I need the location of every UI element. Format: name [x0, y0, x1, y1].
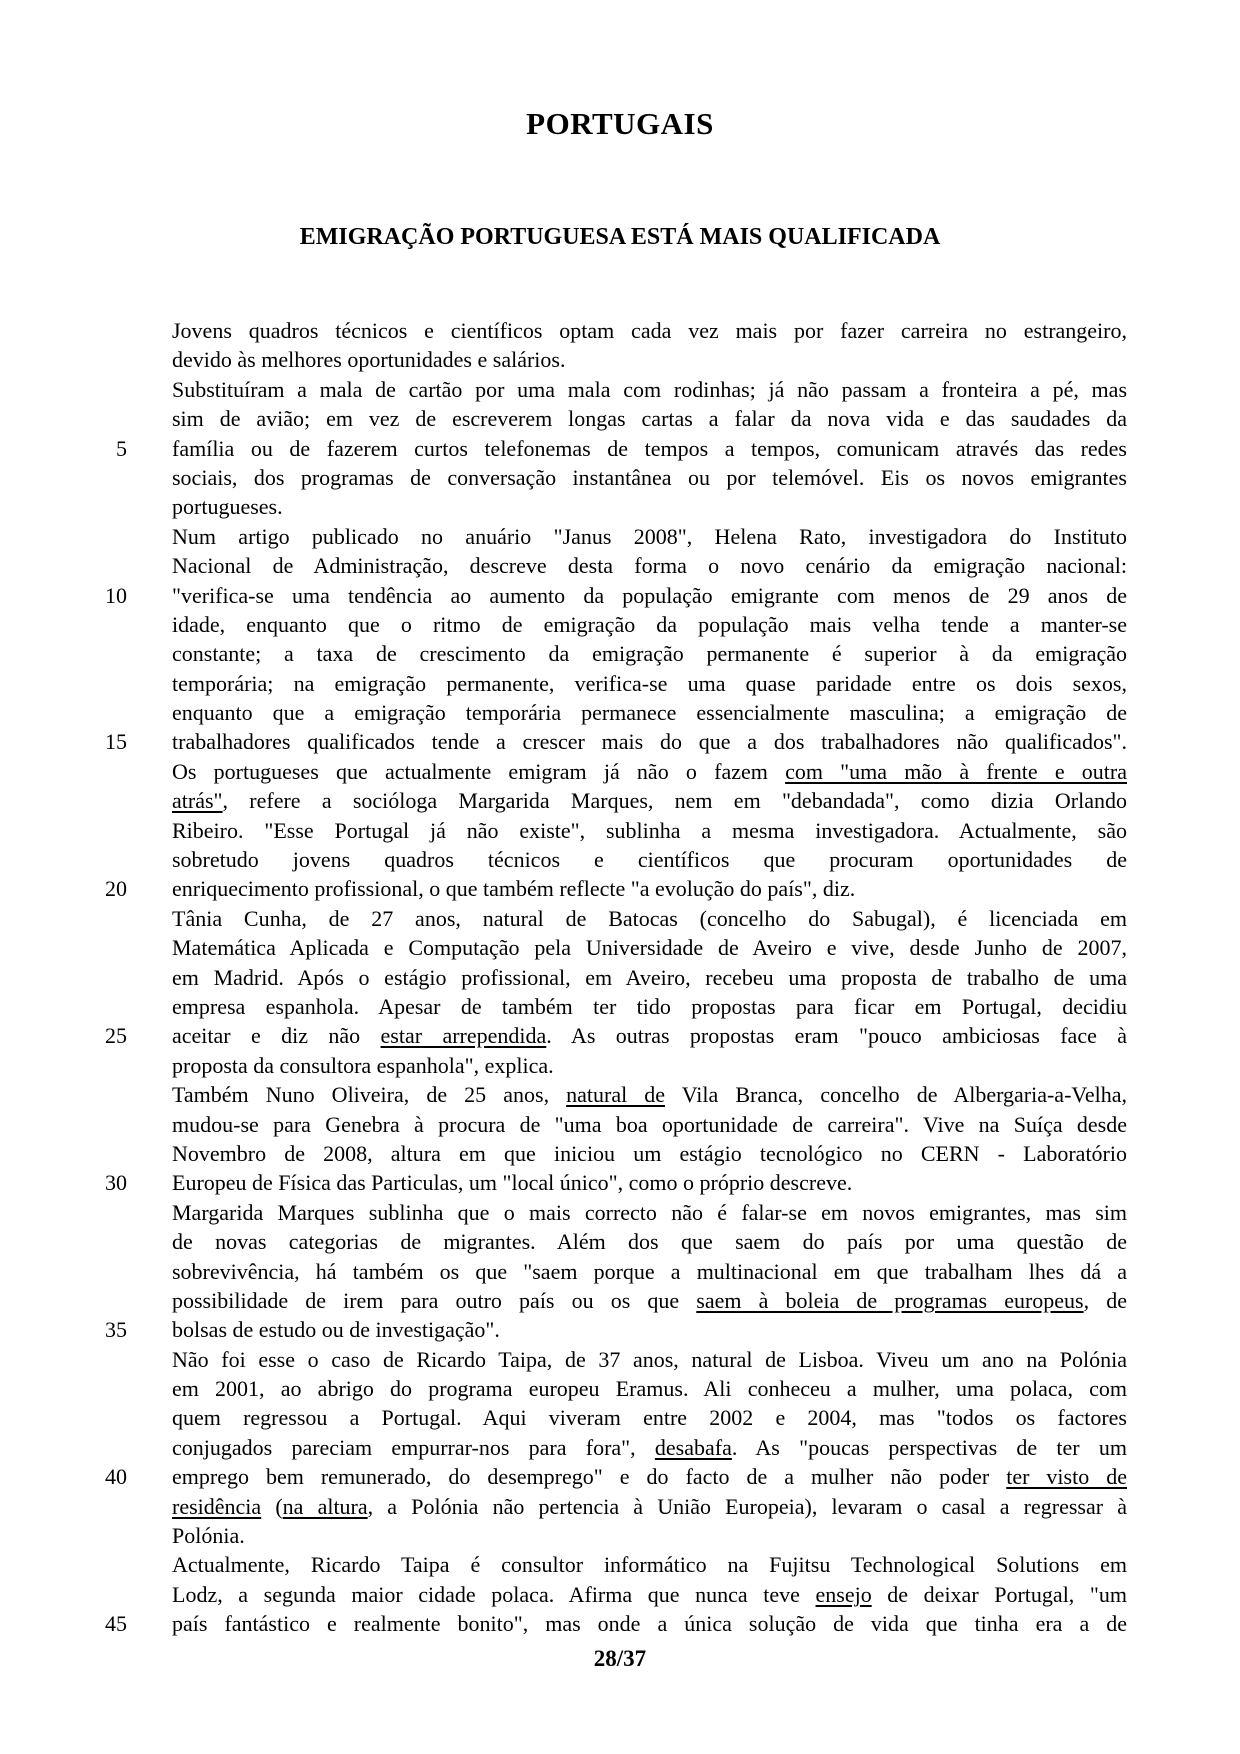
- text-line-content: Lodz, a segunda maior cidade polaca. Afi…: [172, 1580, 1127, 1609]
- line-number: 30: [0, 1168, 127, 1197]
- line-number: [0, 845, 127, 874]
- text-line-content: conjugados pareciam empurrar-nos para fo…: [172, 1433, 1127, 1462]
- text-line-content: Também Nuno Oliveira, de 25 anos, natura…: [172, 1080, 1127, 1109]
- line-number: [0, 1403, 127, 1432]
- text-line: sobretudo jovens quadros técnicos e cien…: [0, 845, 1127, 874]
- text-line-content: família ou de fazerem curtos telefonemas…: [172, 434, 1127, 463]
- text-line: devido às melhores oportunidades e salár…: [0, 345, 1127, 374]
- text-line: Novembro de 2008, altura em que iniciou …: [0, 1139, 1127, 1168]
- line-number: [0, 1227, 127, 1256]
- text-line-content: trabalhadores qualificados tende a cresc…: [172, 727, 1127, 756]
- text-line-content: empresa espanhola. Apesar de também ter …: [172, 992, 1127, 1021]
- line-number: [0, 1374, 127, 1403]
- line-number: [0, 698, 127, 727]
- text-line: conjugados pareciam empurrar-nos para fo…: [0, 1433, 1127, 1462]
- text-line: idade, enquanto que o ritmo de emigração…: [0, 610, 1127, 639]
- text-line: de novas categorias de migrantes. Além d…: [0, 1227, 1127, 1256]
- line-number: [0, 904, 127, 933]
- text-line: sociais, dos programas de conversação in…: [0, 463, 1127, 492]
- text-line-content: Substituíram a mala de cartão por uma ma…: [172, 375, 1127, 404]
- line-number: [0, 1051, 127, 1080]
- text-line-content: Os portugueses que actualmente emigram j…: [172, 757, 1127, 786]
- line-number: [0, 992, 127, 1021]
- text-line: residência (na altura, a Polónia não per…: [0, 1492, 1127, 1521]
- line-number: [0, 669, 127, 698]
- text-line-content: Ribeiro. "Esse Portugal já não existe", …: [172, 816, 1127, 845]
- text-line-content: Tânia Cunha, de 27 anos, natural de Bato…: [172, 904, 1127, 933]
- underlined-phrase: saem à boleia de programas europeus: [696, 1288, 1083, 1313]
- line-number: 45: [0, 1609, 127, 1638]
- text-line-content: idade, enquanto que o ritmo de emigração…: [172, 610, 1127, 639]
- text-line: em 2001, ao abrigo do programa europeu E…: [0, 1374, 1127, 1403]
- line-number: [0, 1080, 127, 1109]
- text-line: 30Europeu de Física das Particulas, um "…: [0, 1168, 1127, 1197]
- text-line-content: Jovens quadros técnicos e científicos op…: [172, 316, 1127, 345]
- text-line-content: Polónia.: [172, 1521, 1127, 1550]
- text-line-content: sociais, dos programas de conversação in…: [172, 463, 1127, 492]
- text-line: Tânia Cunha, de 27 anos, natural de Bato…: [0, 904, 1127, 933]
- underlined-phrase: atrás": [172, 788, 223, 813]
- line-number: [0, 375, 127, 404]
- line-number: [0, 492, 127, 521]
- text-line: quem regressou a Portugal. Aqui viveram …: [0, 1403, 1127, 1432]
- line-number: [0, 1139, 127, 1168]
- text-line-content: possibilidade de irem para outro país ou…: [172, 1286, 1127, 1315]
- text-line: 20enriquecimento profissional, o que tam…: [0, 874, 1127, 903]
- text-line-content: bolsas de estudo ou de investigação".: [172, 1315, 1127, 1344]
- text-line-content: enriquecimento profissional, o que també…: [172, 874, 1127, 903]
- underlined-phrase: estar arrependida: [381, 1023, 547, 1048]
- line-number: [0, 1550, 127, 1579]
- text-line-content: de novas categorias de migrantes. Além d…: [172, 1227, 1127, 1256]
- text-line: empresa espanhola. Apesar de também ter …: [0, 992, 1127, 1021]
- text-line-content: devido às melhores oportunidades e salár…: [172, 345, 1127, 374]
- text-line: Não foi esse o caso de Ricardo Taipa, de…: [0, 1345, 1127, 1374]
- line-number: 25: [0, 1021, 127, 1050]
- text-line: portugueses.: [0, 492, 1127, 521]
- line-number: [0, 1286, 127, 1315]
- line-number: [0, 786, 127, 815]
- line-number: 10: [0, 581, 127, 610]
- text-line: enquanto que a emigração temporária perm…: [0, 698, 1127, 727]
- line-number: [0, 963, 127, 992]
- underlined-phrase: com "uma mão à frente e outra: [785, 759, 1127, 784]
- line-number: [0, 1492, 127, 1521]
- text-line-content: quem regressou a Portugal. Aqui viveram …: [172, 1403, 1127, 1432]
- text-line-content: Novembro de 2008, altura em que iniciou …: [172, 1139, 1127, 1168]
- text-line: 35bolsas de estudo ou de investigação".: [0, 1315, 1127, 1344]
- text-line: 5família ou de fazerem curtos telefonema…: [0, 434, 1127, 463]
- text-line-content: aceitar e diz não estar arrependida. As …: [172, 1021, 1127, 1050]
- text-line-content: sobrevivência, há também os que "saem po…: [172, 1257, 1127, 1286]
- text-line: 40emprego bem remunerado, do desemprego"…: [0, 1462, 1127, 1491]
- text-line: Jovens quadros técnicos e científicos op…: [0, 316, 1127, 345]
- text-line: Substituíram a mala de cartão por uma ma…: [0, 375, 1127, 404]
- text-line: 45país fantástico e realmente bonito", m…: [0, 1609, 1127, 1638]
- text-line-content: proposta da consultora espanhola", expli…: [172, 1051, 1127, 1080]
- underlined-phrase: ter visto de: [1006, 1464, 1127, 1489]
- text-line-content: sim de avião; em vez de escreverem longa…: [172, 404, 1127, 433]
- text-line: Margarida Marques sublinha que o mais co…: [0, 1198, 1127, 1227]
- text-line-content: país fantástico e realmente bonito", mas…: [172, 1609, 1127, 1638]
- line-number: [0, 933, 127, 962]
- line-number: [0, 404, 127, 433]
- text-line-content: Margarida Marques sublinha que o mais co…: [172, 1198, 1127, 1227]
- line-number: [0, 463, 127, 492]
- line-number: [0, 316, 127, 345]
- text-line-content: residência (na altura, a Polónia não per…: [172, 1492, 1127, 1521]
- underlined-phrase: na altura: [283, 1494, 368, 1519]
- text-line-content: Não foi esse o caso de Ricardo Taipa, de…: [172, 1345, 1127, 1374]
- text-line-content: atrás", refere a socióloga Margarida Mar…: [172, 786, 1127, 815]
- text-line-content: Nacional de Administração, descreve dest…: [172, 551, 1127, 580]
- text-line: 25aceitar e diz não estar arrependida. A…: [0, 1021, 1127, 1050]
- line-number: [0, 610, 127, 639]
- line-number: [0, 757, 127, 786]
- text-line-content: constante; a taxa de crescimento da emig…: [172, 639, 1127, 668]
- line-number: [0, 1257, 127, 1286]
- text-line-content: portugueses.: [172, 492, 1127, 521]
- text-line: sim de avião; em vez de escreverem longa…: [0, 404, 1127, 433]
- line-number: [0, 639, 127, 668]
- page-number: 28/37: [0, 1646, 1240, 1672]
- text-line-content: em 2001, ao abrigo do programa europeu E…: [172, 1374, 1127, 1403]
- text-line-content: enquanto que a emigração temporária perm…: [172, 698, 1127, 727]
- text-line: 10"verifica-se uma tendência ao aumento …: [0, 581, 1127, 610]
- text-line: Ribeiro. "Esse Portugal já não existe", …: [0, 816, 1127, 845]
- body-text: Jovens quadros técnicos e científicos op…: [0, 316, 1127, 1639]
- text-line: Lodz, a segunda maior cidade polaca. Afi…: [0, 1580, 1127, 1609]
- text-line: Nacional de Administração, descreve dest…: [0, 551, 1127, 580]
- underlined-phrase: desabafa: [655, 1435, 732, 1460]
- line-number: 40: [0, 1462, 127, 1491]
- text-line-content: em Madrid. Após o estágio profissional, …: [172, 963, 1127, 992]
- line-number: [0, 1345, 127, 1374]
- document-page: PORTUGAIS EMIGRAÇÃO PORTUGUESA ESTÁ MAIS…: [0, 0, 1240, 1754]
- text-line-content: Actualmente, Ricardo Taipa é consultor i…: [172, 1550, 1127, 1579]
- line-number: [0, 816, 127, 845]
- line-number: [0, 551, 127, 580]
- text-line: Polónia.: [0, 1521, 1127, 1550]
- line-number: [0, 1198, 127, 1227]
- line-number: [0, 1521, 127, 1550]
- text-line: Os portugueses que actualmente emigram j…: [0, 757, 1127, 786]
- line-number: 5: [0, 434, 127, 463]
- text-line-content: sobretudo jovens quadros técnicos e cien…: [172, 845, 1127, 874]
- line-number: [0, 345, 127, 374]
- article-title: EMIGRAÇÃO PORTUGUESA ESTÁ MAIS QUALIFICA…: [0, 224, 1240, 251]
- text-line: em Madrid. Após o estágio profissional, …: [0, 963, 1127, 992]
- line-number: 20: [0, 874, 127, 903]
- line-number: [0, 1433, 127, 1462]
- text-line: constante; a taxa de crescimento da emig…: [0, 639, 1127, 668]
- line-number: [0, 1110, 127, 1139]
- text-line-content: Europeu de Física das Particulas, um "lo…: [172, 1168, 1127, 1197]
- text-line-content: "verifica-se uma tendência ao aumento da…: [172, 581, 1127, 610]
- text-line-content: Matemática Aplicada e Computação pela Un…: [172, 933, 1127, 962]
- underlined-phrase: residência: [172, 1494, 261, 1519]
- text-line: Num artigo publicado no anuário "Janus 2…: [0, 522, 1127, 551]
- text-line: 15trabalhadores qualificados tende a cre…: [0, 727, 1127, 756]
- line-number: [0, 522, 127, 551]
- text-line: Matemática Aplicada e Computação pela Un…: [0, 933, 1127, 962]
- text-line-content: emprego bem remunerado, do desemprego" e…: [172, 1462, 1127, 1491]
- text-line-content: temporária; na emigração permanente, ver…: [172, 669, 1127, 698]
- text-line: Actualmente, Ricardo Taipa é consultor i…: [0, 1550, 1127, 1579]
- line-number: 15: [0, 727, 127, 756]
- text-line: Também Nuno Oliveira, de 25 anos, natura…: [0, 1080, 1127, 1109]
- text-line: temporária; na emigração permanente, ver…: [0, 669, 1127, 698]
- page-title: PORTUGAIS: [0, 106, 1240, 142]
- text-line: atrás", refere a socióloga Margarida Mar…: [0, 786, 1127, 815]
- text-line: possibilidade de irem para outro país ou…: [0, 1286, 1127, 1315]
- underlined-phrase: natural de: [566, 1082, 665, 1107]
- line-number: [0, 1580, 127, 1609]
- text-line-content: mudou-se para Genebra à procura de "uma …: [172, 1110, 1127, 1139]
- text-line: proposta da consultora espanhola", expli…: [0, 1051, 1127, 1080]
- line-number: 35: [0, 1315, 127, 1344]
- text-line: mudou-se para Genebra à procura de "uma …: [0, 1110, 1127, 1139]
- underlined-phrase: ensejo: [816, 1582, 872, 1607]
- text-line-content: Num artigo publicado no anuário "Janus 2…: [172, 522, 1127, 551]
- text-line: sobrevivência, há também os que "saem po…: [0, 1257, 1127, 1286]
